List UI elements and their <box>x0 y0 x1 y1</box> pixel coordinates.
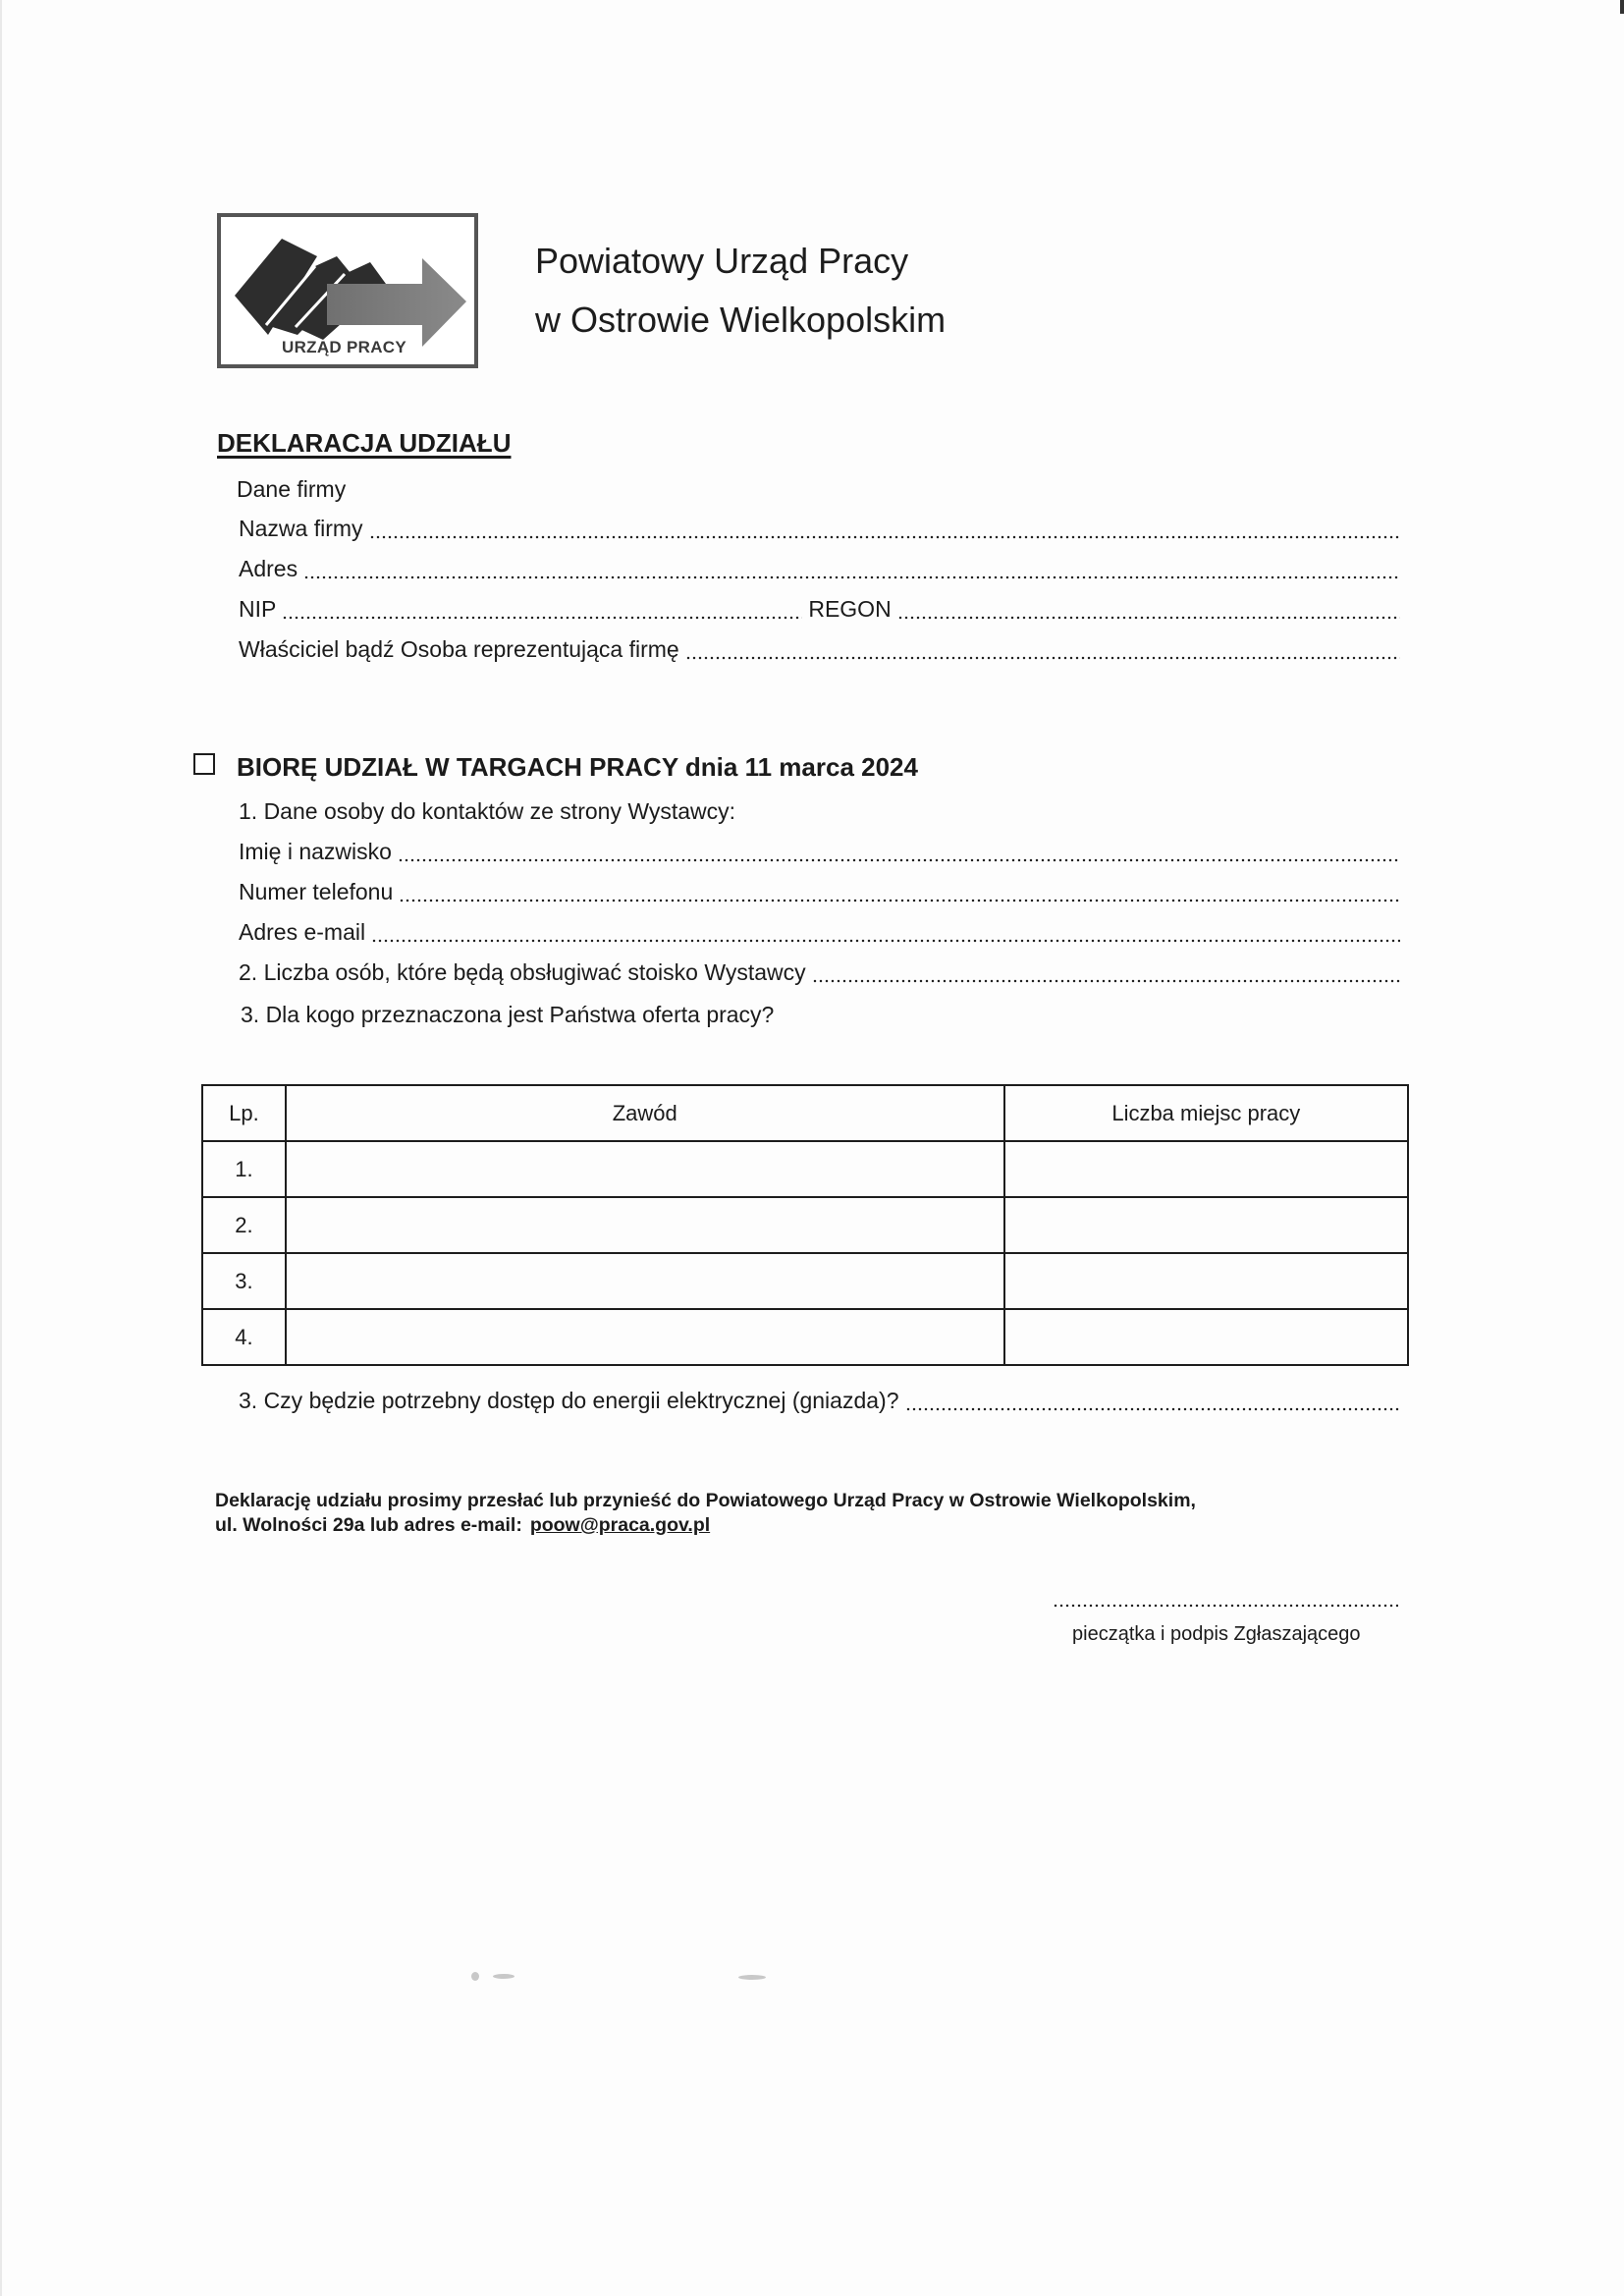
logo-text: URZĄD PRACY <box>282 338 406 357</box>
table-row: 4. <box>202 1309 1408 1365</box>
positions-count-cell[interactable] <box>1004 1141 1408 1197</box>
scan-artifact <box>0 0 2 2296</box>
job-offers-table: Lp. Zawód Liczba miejsc pracy 1. 2. 3. <box>201 1084 1409 1366</box>
contact-phone-label: Numer telefonu <box>239 879 393 905</box>
participation-checkbox[interactable] <box>193 753 215 775</box>
participation-heading: BIORĘ UDZIAŁ W TARGACH PRACY dnia 11 mar… <box>237 752 918 783</box>
owner-row: Właściciel bądź Osoba reprezentująca fir… <box>239 636 1400 666</box>
org-title: Powiatowy Urząd Pracy <box>535 241 908 282</box>
nip-regon-row: NIP REGON <box>239 596 1400 626</box>
row-number: 1. <box>202 1141 286 1197</box>
company-name-field[interactable] <box>369 535 1400 539</box>
electricity-label: 3. Czy będzie potrzebny dostęp do energi… <box>239 1388 899 1414</box>
scan-artifact <box>1620 0 1624 14</box>
electricity-row: 3. Czy będzie potrzebny dostęp do energi… <box>239 1388 1400 1417</box>
declaration-heading: DEKLARACJA UDZIAŁU <box>217 428 511 459</box>
occupation-cell[interactable] <box>286 1197 1004 1253</box>
positions-count-cell[interactable] <box>1004 1197 1408 1253</box>
row-number: 2. <box>202 1197 286 1253</box>
contact-question: 1. Dane osoby do kontaktów ze strony Wys… <box>239 798 735 825</box>
address-row: Adres <box>239 556 1400 585</box>
document-page: URZĄD PRACY Powiatowy Urząd Pracy w Ostr… <box>0 0 1624 2296</box>
table-row: 3. <box>202 1253 1408 1309</box>
nip-label: NIP <box>239 596 276 623</box>
occupation-cell[interactable] <box>286 1253 1004 1309</box>
table-header-row: Lp. Zawód Liczba miejsc pracy <box>202 1085 1408 1141</box>
row-number: 3. <box>202 1253 286 1309</box>
contact-phone-field[interactable] <box>399 899 1400 902</box>
positions-count-cell[interactable] <box>1004 1253 1408 1309</box>
owner-field[interactable] <box>685 656 1400 660</box>
company-name-row: Nazwa firmy <box>239 516 1400 545</box>
contact-email-row: Adres e-mail <box>239 919 1400 949</box>
submission-note: Deklarację udziału prosimy przesłać lub … <box>215 1489 1196 1538</box>
contact-email-field[interactable] <box>371 939 1400 943</box>
regon-label: REGON <box>808 596 891 623</box>
occupation-cell[interactable] <box>286 1141 1004 1197</box>
submission-address: ul. Wolności 29a lub adres e-mail: <box>215 1514 522 1536</box>
staff-count-row: 2. Liczba osób, które będą obsługiwać st… <box>239 959 1400 989</box>
electricity-field[interactable] <box>905 1407 1401 1411</box>
staff-count-label: 2. Liczba osób, które będą obsługiwać st… <box>239 959 806 986</box>
table-row: 2. <box>202 1197 1408 1253</box>
scan-smudge <box>738 1975 766 1980</box>
org-title-city: w Ostrowie Wielkopolskim <box>535 300 946 341</box>
row-number: 4. <box>202 1309 286 1365</box>
address-label: Adres <box>239 556 298 582</box>
scan-smudge <box>471 1972 479 1981</box>
signature-field[interactable] <box>1053 1604 1398 1608</box>
contact-email-label: Adres e-mail <box>239 919 365 946</box>
column-header-lp: Lp. <box>202 1085 286 1141</box>
signature-label: pieczątka i podpis Zgłaszającego <box>1072 1623 1361 1646</box>
contact-name-label: Imię i nazwisko <box>239 839 392 865</box>
occupation-cell[interactable] <box>286 1309 1004 1365</box>
scan-smudge <box>493 1974 514 1979</box>
staff-count-field[interactable] <box>812 979 1400 983</box>
owner-label: Właściciel bądź Osoba reprezentująca fir… <box>239 636 679 663</box>
regon-field[interactable] <box>897 616 1400 620</box>
offer-question: 3. Dla kogo przeznaczona jest Państwa of… <box>241 1002 774 1028</box>
table-row: 1. <box>202 1141 1408 1197</box>
submission-note-line2: ul. Wolności 29a lub adres e-mail:poow@p… <box>215 1513 1196 1538</box>
contact-phone-row: Numer telefonu <box>239 879 1400 908</box>
contact-name-row: Imię i nazwisko <box>239 839 1400 868</box>
company-section-label: Dane firmy <box>237 476 346 503</box>
contact-name-field[interactable] <box>398 858 1400 862</box>
nip-field[interactable] <box>282 616 802 620</box>
column-header-zawod: Zawód <box>286 1085 1004 1141</box>
urzad-pracy-logo: URZĄD PRACY <box>217 213 478 368</box>
contact-email-link[interactable]: poow@praca.gov.pl <box>530 1514 710 1536</box>
company-name-label: Nazwa firmy <box>239 516 363 542</box>
positions-count-cell[interactable] <box>1004 1309 1408 1365</box>
column-header-liczba: Liczba miejsc pracy <box>1004 1085 1408 1141</box>
address-field[interactable] <box>303 575 1400 579</box>
submission-note-line1: Deklarację udziału prosimy przesłać lub … <box>215 1489 1196 1513</box>
